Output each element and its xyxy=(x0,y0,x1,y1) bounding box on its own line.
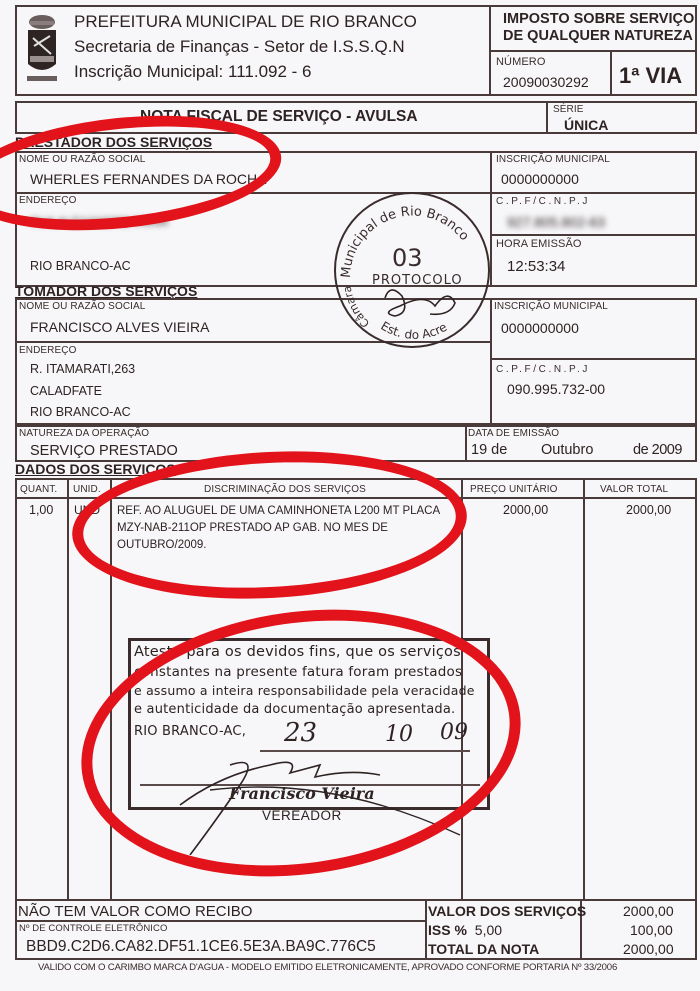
row-total: 2000,00 xyxy=(626,503,671,517)
tax-title: IMPOSTO SOBRE SERVIÇO DE QUALQUER NATURE… xyxy=(503,11,694,45)
iss-rate: ISS % 5,00 xyxy=(428,922,502,938)
services-value: 2000,00 xyxy=(623,903,674,919)
col-unit: UNID. xyxy=(73,484,101,495)
total-label: TOTAL DA NOTA xyxy=(428,941,539,957)
emission-date-label: DATA DE EMISSÃO xyxy=(468,428,559,439)
provider-city: RIO BRANCO-AC xyxy=(30,259,131,273)
iss-label: ISS % xyxy=(428,922,467,938)
client-section-title: TOMADOR DOS SERVIÇOS xyxy=(15,283,197,299)
svg-text:Est. do Acre: Est. do Acre xyxy=(378,319,449,342)
client-name-label: NOME OU RAZÃO SOCIAL xyxy=(19,301,145,312)
client-cpf-label: C.P.F/C.N.P.J xyxy=(496,364,590,375)
no-receipt-notice: NÃO TEM VALOR COMO RECIBO xyxy=(18,903,252,920)
legal-note: VALIDO COM O CARIMBO MARCA D'AGUA - MODE… xyxy=(38,962,617,973)
client-municipal-reg: 0000000000 xyxy=(501,320,579,336)
emission-date-year: de 2009 xyxy=(633,442,682,458)
client-address-label: ENDEREÇO xyxy=(19,345,76,356)
provider-cpf-label: C.P.F/C.N.P.J xyxy=(496,196,590,207)
operation-nature: SERVIÇO PRESTADO xyxy=(30,443,178,459)
client-name: FRANCISCO ALVES VIEIRA xyxy=(30,319,209,335)
number-label: NÚMERO xyxy=(496,56,546,68)
provider-municipal-reg: 0000000000 xyxy=(501,171,579,187)
department-name: Secretaria de Finanças - Setor de I.S.S.… xyxy=(74,37,405,57)
client-address-line2: CALADFATE xyxy=(30,384,102,398)
copy-label: 1ª VIA xyxy=(619,63,682,89)
emission-date-day: 19 de xyxy=(471,442,507,458)
client-cpf: 090.995.732-00 xyxy=(507,381,605,397)
series-value: ÚNICA xyxy=(564,117,608,133)
client-address-line1: R. ITAMARATI,263 xyxy=(30,362,135,376)
invoice-number: 20090030292 xyxy=(503,74,589,90)
protocol-stamp: Municipal de Rio Branco Câmara Est. do A… xyxy=(330,188,495,353)
client-municipal-reg-label: INSCRIÇÃO MUNICIPAL xyxy=(494,301,608,312)
operation-nature-label: NATUREZA DA OPERAÇÃO xyxy=(19,428,149,439)
emission-time: 12:53:34 xyxy=(507,258,565,275)
provider-municipal-reg-label: INSCRIÇÃO MUNICIPAL xyxy=(496,154,610,165)
tax-title-line1: IMPOSTO SOBRE SERVIÇO xyxy=(503,11,694,28)
svg-text:PROTOCOLO: PROTOCOLO xyxy=(372,273,463,288)
org-name: PREFEITURA MUNICIPAL DE RIO BRANCO xyxy=(74,12,417,32)
row-unit-price: 2000,00 xyxy=(503,503,548,517)
emission-time-label: HORA EMISSÃO xyxy=(496,238,582,250)
tax-title-line2: DE QUALQUER NATUREZA xyxy=(503,28,694,45)
provider-cpf: 927.805.802-63 xyxy=(507,214,605,230)
control-number-label: Nº DE CONTROLE ELETRÔNICO xyxy=(19,923,168,934)
col-quantity: QUANT. xyxy=(20,484,57,495)
series-label: SÉRIE xyxy=(553,104,584,115)
iss-value: 100,00 xyxy=(630,922,673,938)
client-city: RIO BRANCO-AC xyxy=(30,405,131,419)
coat-of-arms-icon xyxy=(24,12,60,86)
col-total: VALOR TOTAL xyxy=(600,484,668,495)
svg-text:03: 03 xyxy=(392,244,423,272)
col-unit-price: PREÇO UNITÁRIO xyxy=(470,484,558,495)
total-value: 2000,00 xyxy=(623,941,674,957)
iss-rate-value: 5,00 xyxy=(475,922,502,938)
emission-date-month: Outubro xyxy=(541,442,593,458)
services-value-label: VALOR DOS SERVIÇOS xyxy=(428,903,586,919)
municipal-registration: Inscrição Municipal: 111.092 - 6 xyxy=(74,62,312,82)
row-quantity: 1,00 xyxy=(29,503,53,517)
control-number: BBD9.C2D6.CA82.DF51.1CE6.5E3A.BA9C.776C5 xyxy=(26,938,376,956)
